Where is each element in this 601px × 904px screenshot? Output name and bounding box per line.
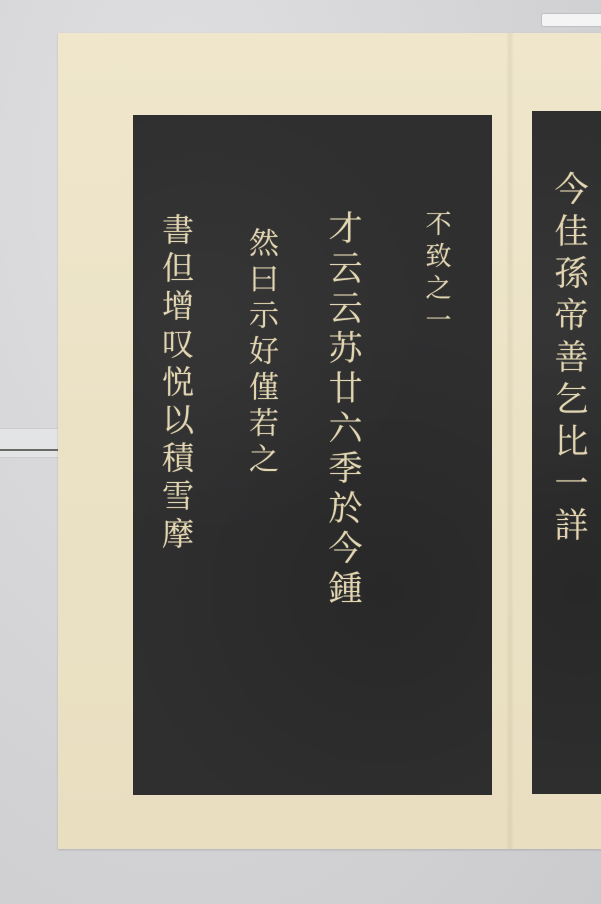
- calligraphy-column: 才云云苏廿六季於今鍾: [318, 210, 367, 610]
- calligraphy-column: 書但增叹悦以積雪摩: [153, 213, 199, 555]
- calligraphy-column: 不致之一: [418, 210, 455, 338]
- album-tab: [541, 13, 601, 27]
- rubbing-panel-right: 今佳孫帝善乞比一詳: [532, 111, 601, 794]
- hinge-line: [0, 449, 58, 451]
- hinge-strip: [0, 428, 58, 458]
- calligraphy-column: 然曰示好僅若之: [238, 227, 282, 479]
- page-fold: [506, 33, 514, 849]
- calligraphy-column: 今佳孫帝善乞比一詳: [544, 171, 593, 549]
- rubbing-panel-left: 不致之一 才云云苏廿六季於今鍾 然曰示好僅若之 書但增叹悦以積雪摩: [133, 115, 492, 795]
